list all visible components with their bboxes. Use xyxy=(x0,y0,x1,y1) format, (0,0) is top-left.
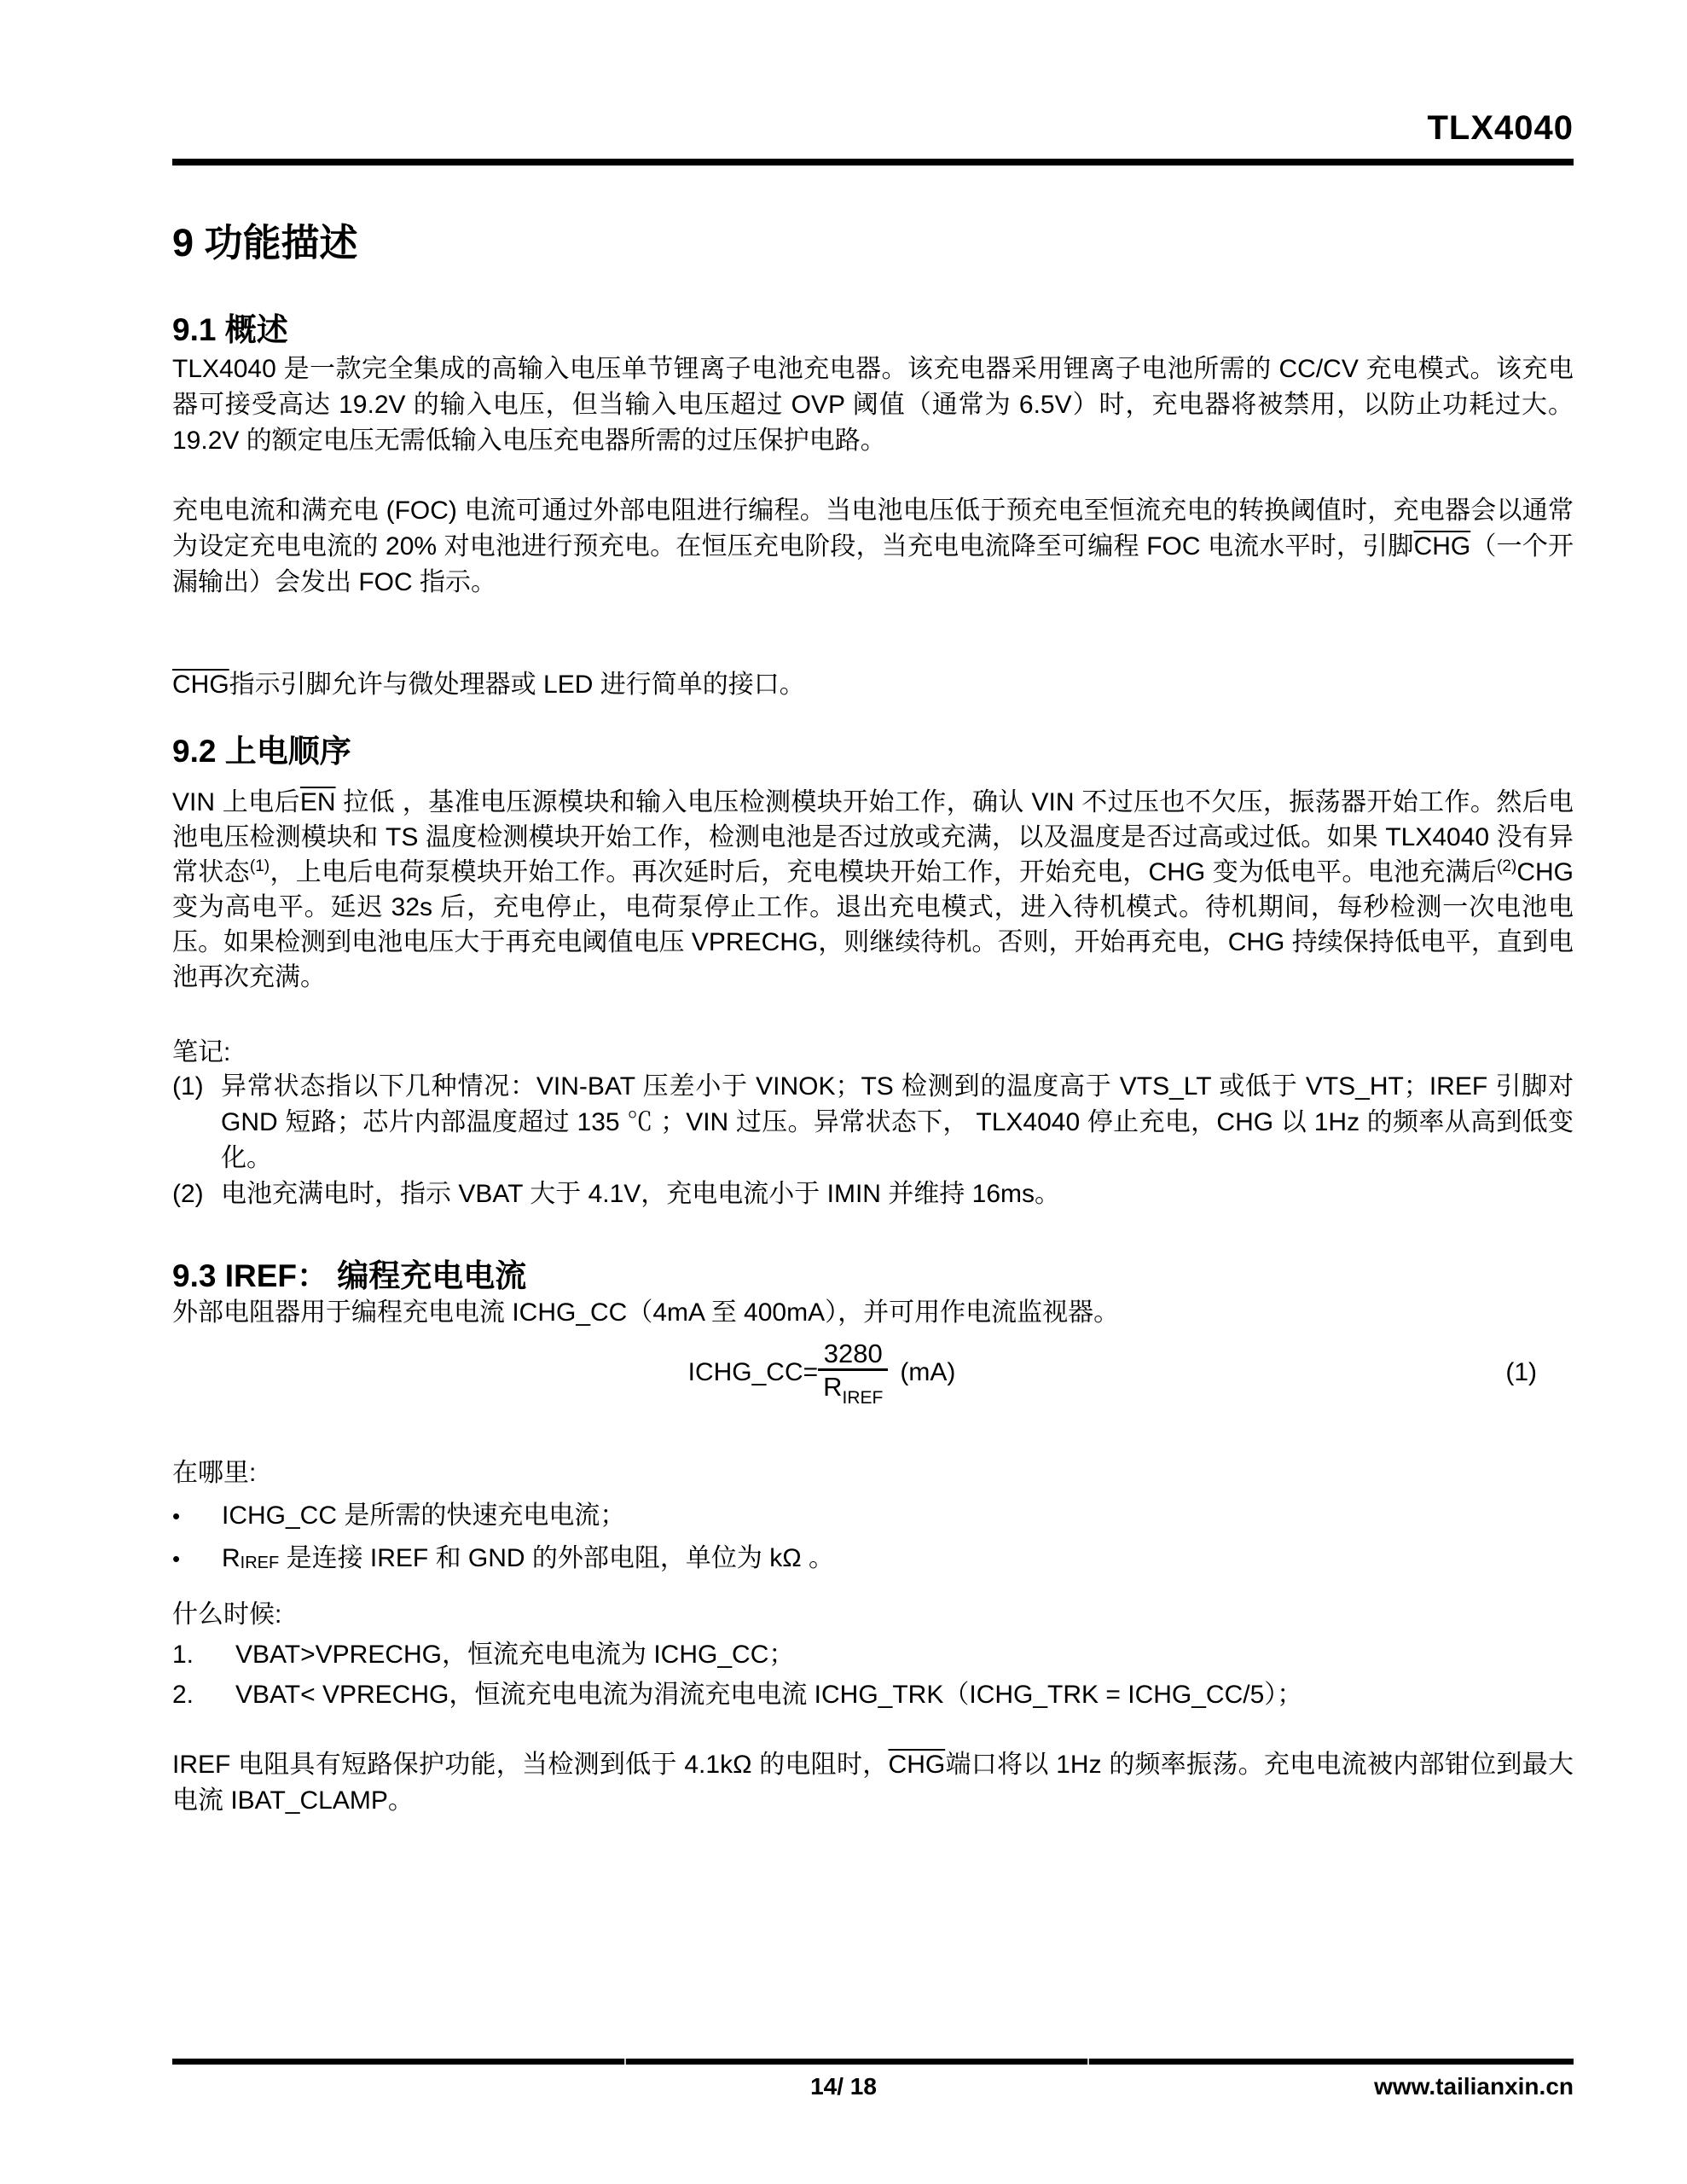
paragraph-text: 指示引脚允许与微处理器或 LED 进行简单的接口。 xyxy=(229,671,805,699)
footnote-2: (2) 电池充满电时，指示 VBAT 大于 4.1V，充电电流小于 IMIN 并… xyxy=(172,1176,1574,1212)
paragraph-text: IREF 电阻具有短路保护功能，当检测到低于 4.1kΩ 的电阻时， xyxy=(172,1751,889,1779)
chg-overline-signal: CHG xyxy=(889,1751,946,1779)
bullet-text-rest: 是连接 IREF 和 GND 的外部电阻，单位为 kΩ 。 xyxy=(279,1544,834,1572)
when-label: 什么时候: xyxy=(172,1597,1574,1633)
resistor-subscript: IREF xyxy=(843,1388,884,1408)
equation-number: (1) xyxy=(1505,1358,1537,1387)
paragraph-text: 外部电阻器用于编程充电电流 ICHG_CC（4mA 至 400mA），并可用作电… xyxy=(172,1298,1119,1327)
paragraph: IREF 电阻具有短路保护功能，当检测到低于 4.1kΩ 的电阻时，CHG端口将… xyxy=(172,1747,1574,1819)
paragraph: VIN 上电后EN 拉低 ，基准电压源模块和输入电压检测模块开始工作，确认 VI… xyxy=(172,785,1574,995)
paragraph: TLX4040 是一款完全集成的高输入电压单节锂离子电池充电器。该充电器采用锂离… xyxy=(172,351,1574,459)
numbered-item-2: 2. VBAT< VPRECHG，恒流充电电流为涓流充电电流 ICHG_TRK（… xyxy=(172,1677,1574,1713)
footer: 14/ 18 www.tailianxin.cn xyxy=(0,2073,1687,2102)
chapter-heading: 9 功能描述 xyxy=(172,212,1574,267)
fraction-numerator: 3280 xyxy=(818,1339,888,1368)
section-heading-9-3: 9.3 IREF： 编程充电电流 xyxy=(172,1250,1574,1296)
en-overline-signal: EN xyxy=(300,788,336,816)
footer-rule xyxy=(172,2059,1574,2065)
bullet-item-2: • RIREF 是连接 IREF 和 GND 的外部电阻，单位为 kΩ 。 xyxy=(172,1541,1574,1581)
section-heading-9-1: 9.1 概述 xyxy=(172,304,1574,350)
item-text: VBAT>VPRECHG，恒流充电电流为 ICHG_CC； xyxy=(235,1637,1574,1673)
paragraph-text: TLX4040 是一款完全集成的高输入电压单节锂离子电池充电器。该充电器采用锂离… xyxy=(172,355,1574,455)
resistor-symbol: R xyxy=(222,1544,241,1572)
paragraph: CHG指示引脚允许与微处理器或 LED 进行简单的接口。 xyxy=(172,667,1574,703)
bullet-item-1: • ICHG_CC 是所需的快速充电电流； xyxy=(172,1498,1574,1534)
footnote-1: (1) 异常状态指以下几种情况：VIN-BAT 压差小于 VINOK；TS 检测… xyxy=(172,1069,1574,1176)
item-number: 1. xyxy=(172,1637,235,1673)
item-number: 2. xyxy=(172,1677,235,1713)
footnote-number: (2) xyxy=(172,1176,221,1212)
equation-unit: (mA) xyxy=(900,1358,955,1387)
footnote-text: 电池充满电时，指示 VBAT 大于 4.1V，充电电流小于 IMIN 并维持 1… xyxy=(221,1176,1574,1212)
footnote-text: 异常状态指以下几种情况：VIN-BAT 压差小于 VINOK；TS 检测到的温度… xyxy=(221,1069,1574,1176)
bullet-text: ICHG_CC 是所需的快速充电电流； xyxy=(222,1498,1574,1534)
paragraph-text: 充电电流和满充电 (FOC) 电流可通过外部电阻进行编程。当电池电压低于预充电至… xyxy=(172,497,1574,561)
footer-rule-notch xyxy=(1087,2059,1089,2065)
footnote-ref-1: (1) xyxy=(250,857,270,875)
resistor-subscript: IREF xyxy=(241,1554,280,1572)
footer-rule-notch xyxy=(624,2059,626,2065)
bullet-text: RIREF 是连接 IREF 和 GND 的外部电阻，单位为 kΩ 。 xyxy=(222,1541,1574,1581)
chg-overline-signal: CHG xyxy=(1414,532,1471,561)
equation-1: ICHG_CC= 3280 RIREF (mA) (1) xyxy=(172,1339,1574,1405)
paragraph: 外部电阻器用于编程充电电流 ICHG_CC（4mA 至 400mA），并可用作电… xyxy=(172,1295,1574,1331)
website-link[interactable]: www.tailianxin.cn xyxy=(1374,2073,1574,2100)
item-text: VBAT< VPRECHG，恒流充电电流为涓流充电电流 ICHG_TRK（ICH… xyxy=(235,1677,1574,1713)
resistor-symbol: R xyxy=(823,1372,842,1402)
where-label: 在哪里: xyxy=(172,1455,1574,1491)
datasheet-page: TLX4040 9 功能描述 9.1 概述 TLX4040 是一款完全集成的高输… xyxy=(0,0,1687,2184)
footnote-number: (1) xyxy=(172,1069,221,1105)
paragraph-text: ，上电后电荷泵模块开始工作。再次延时后，充电模块开始工作，开始充电，CHG 变为… xyxy=(270,858,1497,886)
notes-label: 笔记: xyxy=(172,1035,1574,1071)
fraction-denominator: RIREF xyxy=(818,1368,888,1405)
page-title: TLX4040 xyxy=(172,109,1574,148)
header-rule xyxy=(172,159,1574,166)
equation-lhs: ICHG_CC= xyxy=(688,1358,819,1387)
bullet-marker: • xyxy=(172,1541,222,1577)
bullet-marker: • xyxy=(172,1498,222,1534)
paragraph: 充电电流和满充电 (FOC) 电流可通过外部电阻进行编程。当电池电压低于预充电至… xyxy=(172,493,1574,601)
equation-fraction: 3280 RIREF xyxy=(818,1339,888,1405)
footnote-ref-2: (2) xyxy=(1497,857,1516,875)
paragraph-text: VIN 上电后 xyxy=(172,788,300,816)
section-heading-9-2: 9.2 上电顺序 xyxy=(172,725,1574,771)
numbered-item-1: 1. VBAT>VPRECHG，恒流充电电流为 ICHG_CC； xyxy=(172,1637,1574,1673)
chg-overline-signal: CHG xyxy=(172,671,229,699)
